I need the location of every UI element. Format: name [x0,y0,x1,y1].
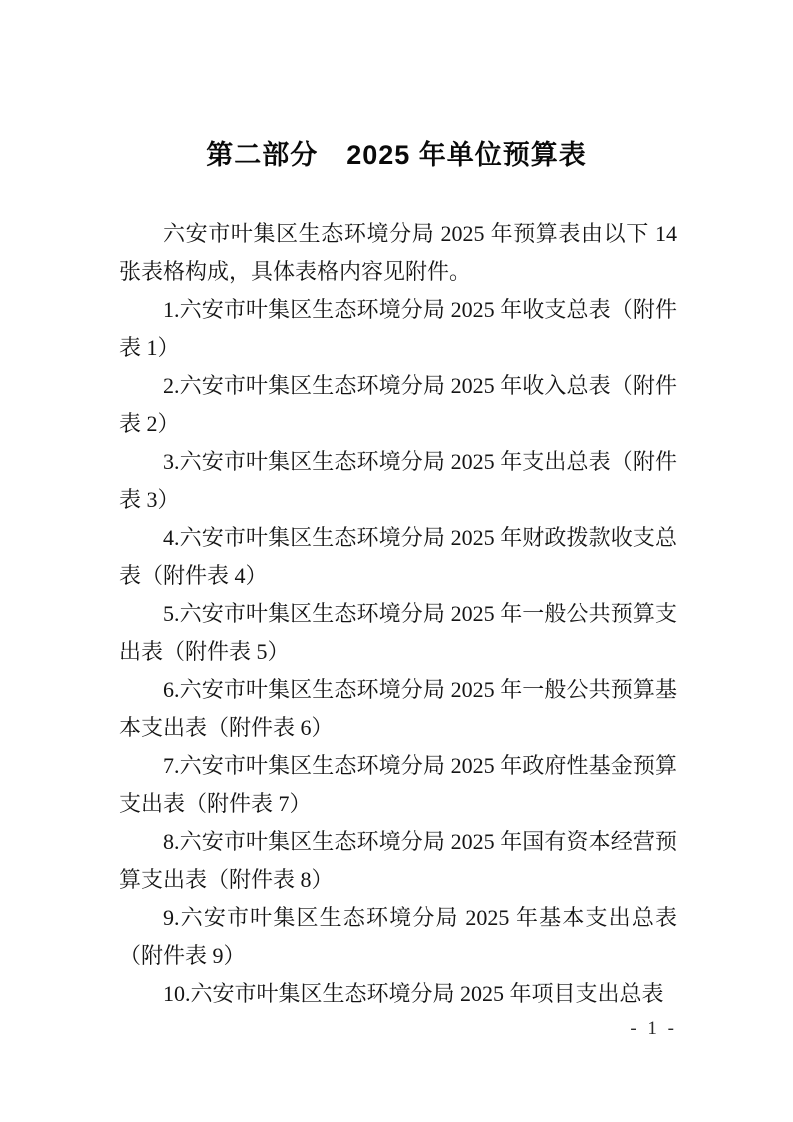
document-page: 第二部分 2025 年单位预算表 六安市叶集区生态环境分局 2025 年预算表由… [0,0,793,1122]
list-item: 4.六安市叶集区生态环境分局 2025 年财政拨款收支总表（附件表 4） [119,519,677,595]
list-item: 6.六安市叶集区生态环境分局 2025 年一般公共预算基本支出表（附件表 6） [119,671,677,747]
page-number: - 1 - [630,1018,677,1040]
intro-paragraph: 六安市叶集区生态环境分局 2025 年预算表由以下 14 张表格构成，具体表格内… [119,215,677,291]
list-item: 8.六安市叶集区生态环境分局 2025 年国有资本经营预算支出表（附件表 8） [119,823,677,899]
list-item: 9.六安市叶集区生态环境分局 2025 年基本支出总表（附件表 9） [119,899,677,975]
page-title: 第二部分 2025 年单位预算表 [0,0,793,171]
document-body: 六安市叶集区生态环境分局 2025 年预算表由以下 14 张表格构成，具体表格内… [119,215,677,1013]
list-item: 3.六安市叶集区生态环境分局 2025 年支出总表（附件表 3） [119,443,677,519]
list-item: 5.六安市叶集区生态环境分局 2025 年一般公共预算支出表（附件表 5） [119,595,677,671]
list-item: 10.六安市叶集区生态环境分局 2025 年项目支出总表 [119,975,677,1013]
list-item: 1.六安市叶集区生态环境分局 2025 年收支总表（附件表 1） [119,291,677,367]
list-item: 2.六安市叶集区生态环境分局 2025 年收入总表（附件表 2） [119,367,677,443]
list-item: 7.六安市叶集区生态环境分局 2025 年政府性基金预算支出表（附件表 7） [119,747,677,823]
